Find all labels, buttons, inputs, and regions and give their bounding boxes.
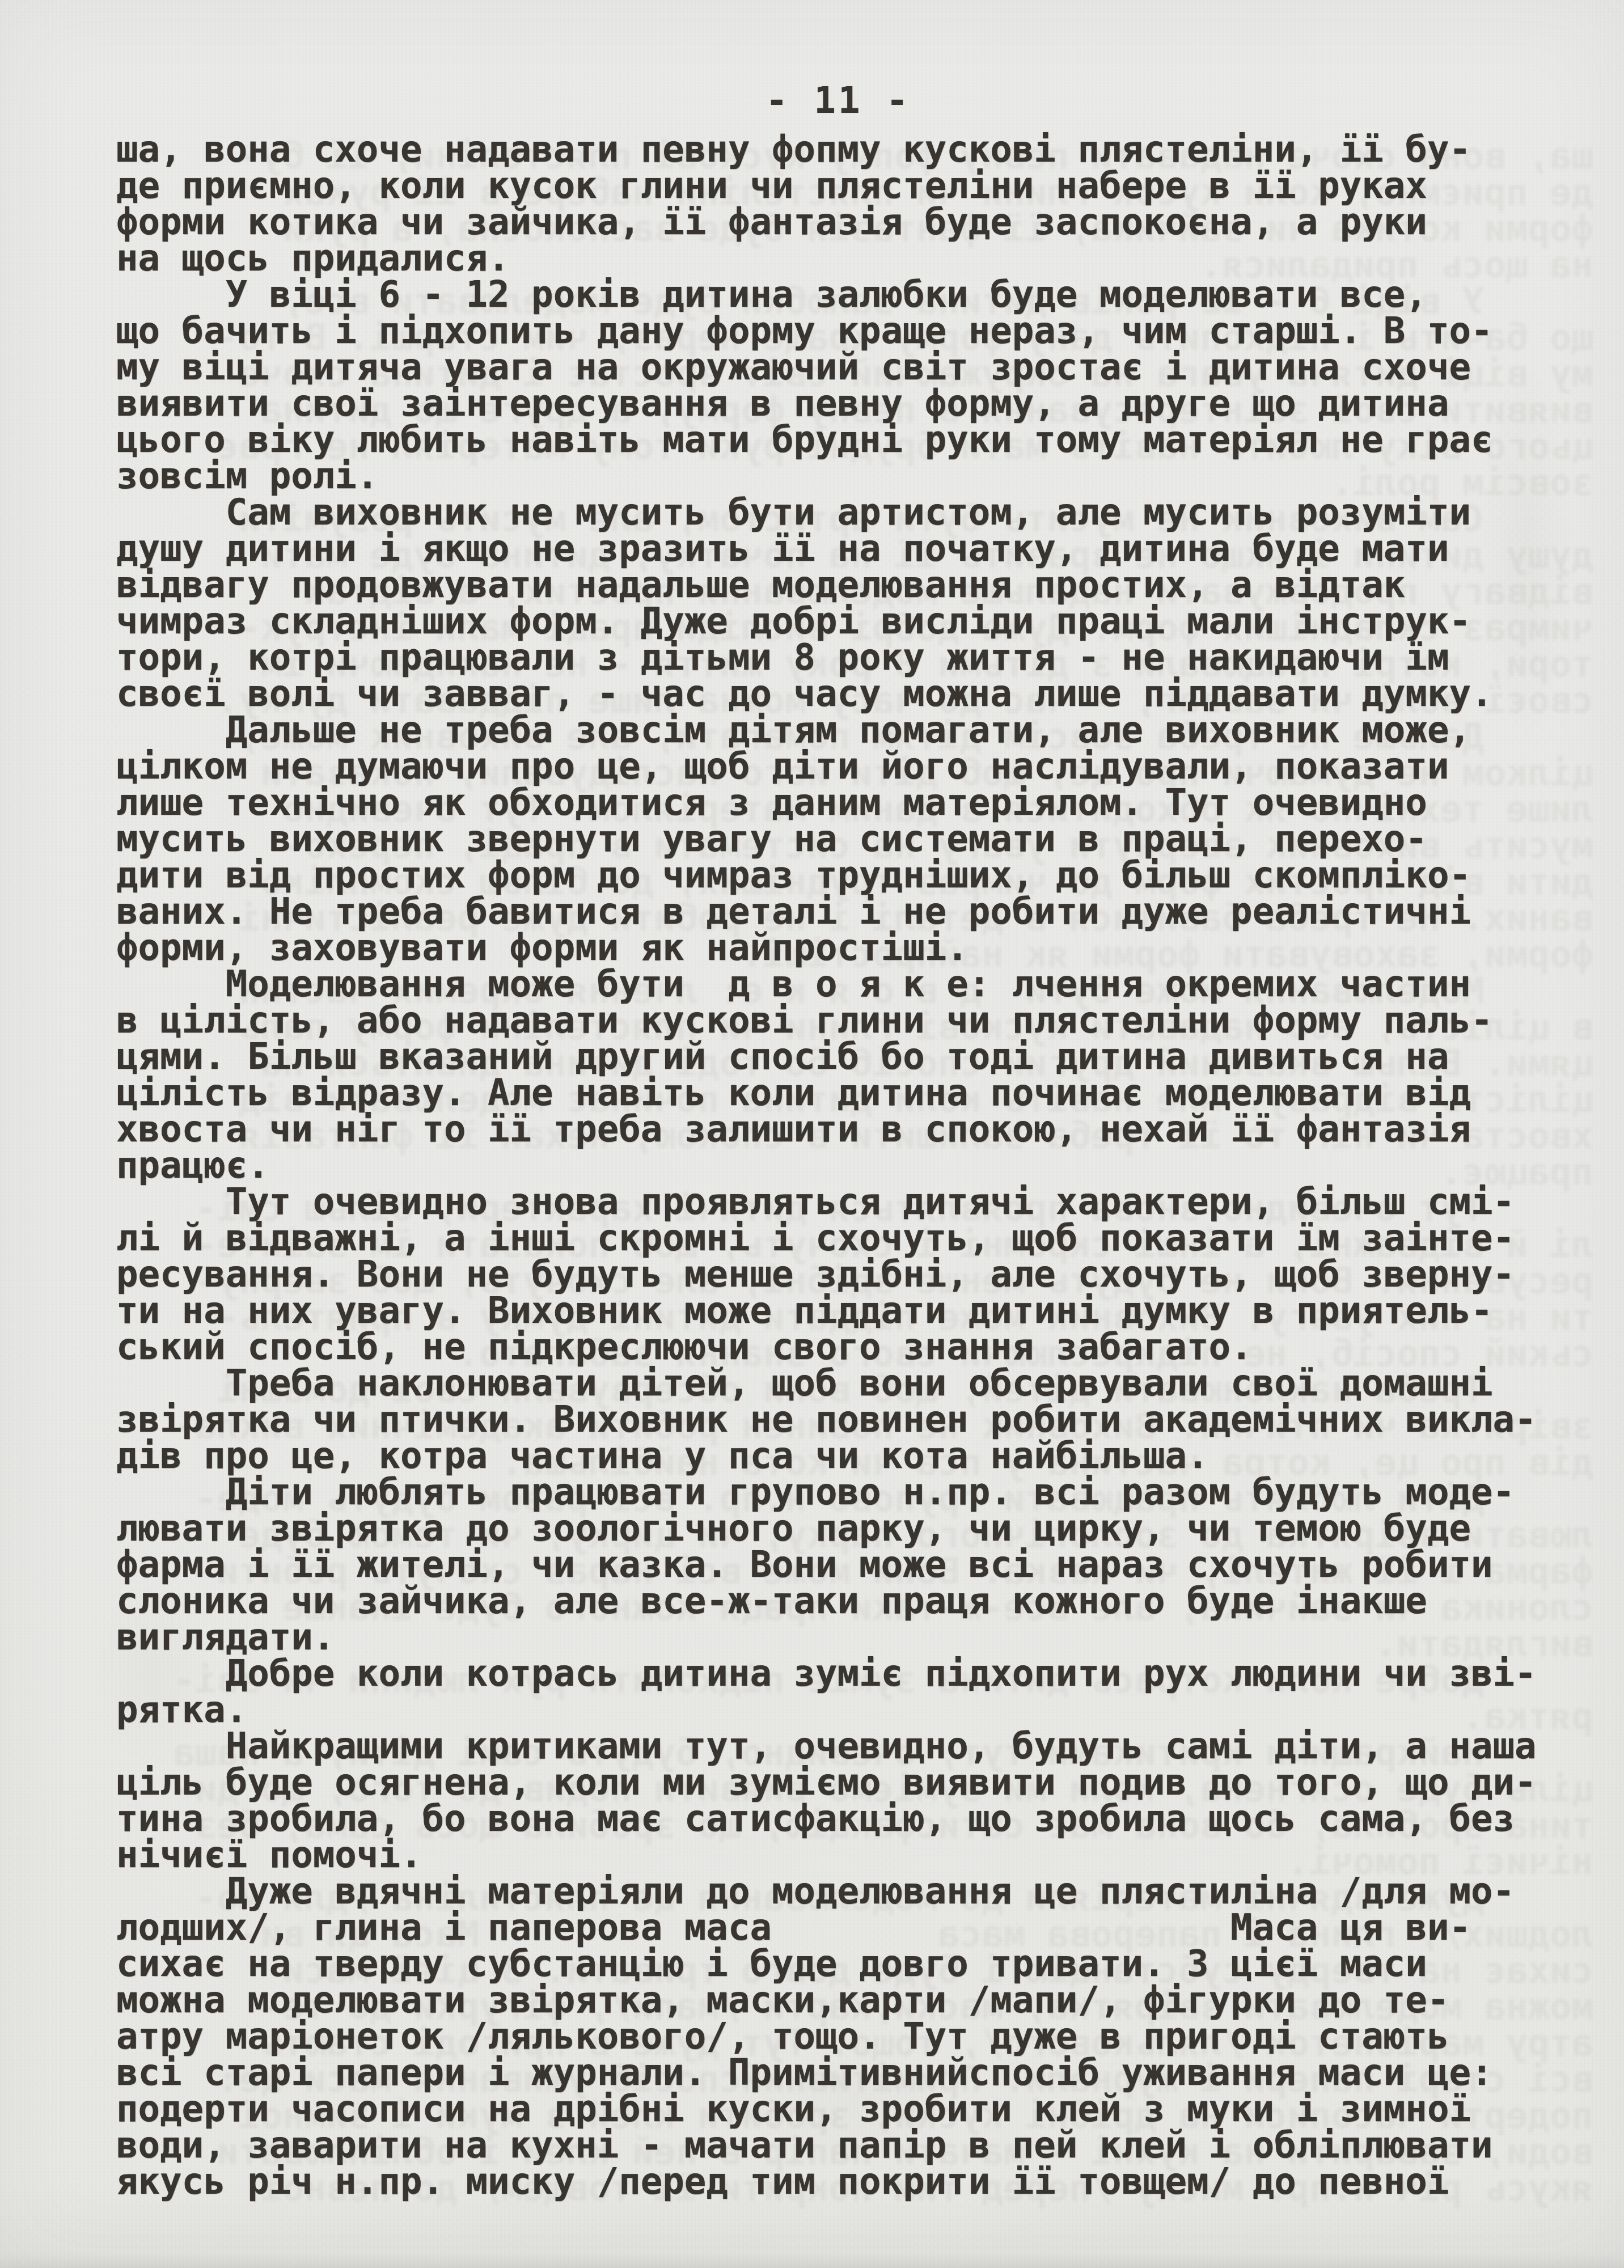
text-line: атру маріонеток /лялькового/, тощо. Тут … bbox=[116, 2019, 1591, 2055]
text-line: ціль буде осягнена, коли ми зуміємо вияв… bbox=[116, 1765, 1591, 1801]
text-line: ресування. Вони не будуть менше здібні, … bbox=[116, 1256, 1591, 1293]
text-line: можна моделювати звірятка, маски,карти /… bbox=[116, 1982, 1591, 2019]
text-line: лювати звірятка до зоологічного парку, ч… bbox=[116, 1510, 1591, 1547]
text-line: чимраз складніших форм. Дуже добрі вислі… bbox=[116, 603, 1591, 640]
document-scan: ша, вона схоче надавати певну фопму куск… bbox=[0, 0, 1624, 2268]
text-line: фарма і її жителі, чи казка. Вони може в… bbox=[116, 1547, 1591, 1583]
text-line: звірятка чи птички. Виховник не повинен … bbox=[116, 1402, 1591, 1438]
text-line: дів про це, котра частина у пса чи кота … bbox=[116, 1438, 1591, 1474]
text-line: Дуже вдячні матеріяли до моделювання це … bbox=[116, 1873, 1591, 1910]
text-line: Діти люблять працювати групово н.пр. всі… bbox=[116, 1474, 1591, 1510]
text-line: нічиєї помочі. bbox=[116, 1837, 1591, 1873]
text-line: Сам виховник не мусить бути артистом, ал… bbox=[116, 494, 1591, 531]
text-line: де приємно, коли кусок глини чи плястелі… bbox=[116, 168, 1591, 204]
text-line: зовсім ролі. bbox=[116, 458, 1591, 494]
text-line: ти на них увагу. Виховник може піддати д… bbox=[116, 1293, 1591, 1329]
text-line: в цілість, або надавати кускові глини чи… bbox=[116, 1002, 1591, 1039]
text-line: цілість відразу. Але навіть коли дитина … bbox=[116, 1075, 1591, 1111]
text-line: виглядати. bbox=[116, 1619, 1591, 1656]
text-line: слоника чи зайчика, але все-ж-таки праця… bbox=[116, 1583, 1591, 1619]
text-line: ваних. Не треба бавитися в деталі і не р… bbox=[116, 894, 1591, 930]
text-line: що бачить і підхопить дану форму краще н… bbox=[116, 313, 1591, 349]
text-line: відвагу продовжувати надальше моделюванн… bbox=[116, 567, 1591, 603]
text-line: хвоста чи ніг то її треба залишити в спо… bbox=[116, 1111, 1591, 1148]
text-line: сихає на тверду субстанцію і буде довго … bbox=[116, 1946, 1591, 1982]
text-line: цілком не думаючи про це, щоб діти його … bbox=[116, 748, 1591, 785]
text-line: Моделювання може бути д в о я к е: лченн… bbox=[116, 966, 1591, 1002]
page-number: - 11 - bbox=[766, 83, 910, 119]
text-line: подерти часописи на дрібні куски, зробит… bbox=[116, 2091, 1591, 2127]
text-line: тори, котрі працювали з дітьми 8 року жи… bbox=[116, 640, 1591, 676]
text-line: цього віку любить навіть мати брудні рук… bbox=[116, 422, 1591, 458]
text-line: своєї волі чи завваг, - час до часу можн… bbox=[116, 676, 1591, 712]
text-line: форми, заховувати форми як найпростіші. bbox=[116, 930, 1591, 966]
text-line: ський спосіб, не підкреслюючи свого знан… bbox=[116, 1329, 1591, 1365]
text-line: Добре коли котрась дитина зуміє підхопит… bbox=[116, 1656, 1591, 1692]
text-line: води, заварити на кухні - мачати папір в… bbox=[116, 2127, 1591, 2164]
text-line: му віці дитяча увага на окружаючий світ … bbox=[116, 349, 1591, 386]
text-line: лі й відважні, а інші скромні і схочуть,… bbox=[116, 1220, 1591, 1256]
text-line: рятка. bbox=[116, 1692, 1591, 1728]
text-line: працює. bbox=[116, 1148, 1591, 1184]
text-line: цями. Більш вказаний другий спосіб бо то… bbox=[116, 1039, 1591, 1075]
text-line: ша, вона схоче надавати певну фопму куск… bbox=[116, 132, 1591, 168]
text-lines: ша, вона схоче надавати певну фопму куск… bbox=[116, 132, 1591, 2200]
text-line: мусить виховник звернути увагу на систем… bbox=[116, 821, 1591, 857]
text-line: Треба наклонювати дітей, щоб вони обсерв… bbox=[116, 1365, 1591, 1402]
text-line: лодших/, глина і паперова маса Маса ця в… bbox=[116, 1910, 1591, 1946]
text-line: У віці 6 - 12 років дитина залюбки буде … bbox=[116, 277, 1591, 313]
text-line: виявити свої заінтересування в певну фор… bbox=[116, 386, 1591, 422]
text-line: Дальше не треба зовсім дітям помагати, а… bbox=[116, 712, 1591, 748]
text-line: лише технічно як обходитися з даним мате… bbox=[116, 785, 1591, 821]
text-line: дити від простих форм до чимраз трудніши… bbox=[116, 857, 1591, 894]
text-line: тина зробила, бо вона має сатисфакцію, щ… bbox=[116, 1801, 1591, 1837]
text-line: Тут очевидно знова проявляться дитячі ха… bbox=[116, 1184, 1591, 1220]
text-line: на щось придалися. bbox=[116, 240, 1591, 277]
text-line: всі старі папери і журнали. Примітивнийс… bbox=[116, 2055, 1591, 2091]
text-line: Найкращими критиками тут, очевидно, буду… bbox=[116, 1728, 1591, 1765]
text-line: форми котика чи зайчика, її фантазія буд… bbox=[116, 204, 1591, 240]
text-line: якусь річ н.пр. миску /перед тим покрити… bbox=[116, 2164, 1591, 2200]
text-line: душу дитини і якщо не зразить її на поча… bbox=[116, 531, 1591, 567]
